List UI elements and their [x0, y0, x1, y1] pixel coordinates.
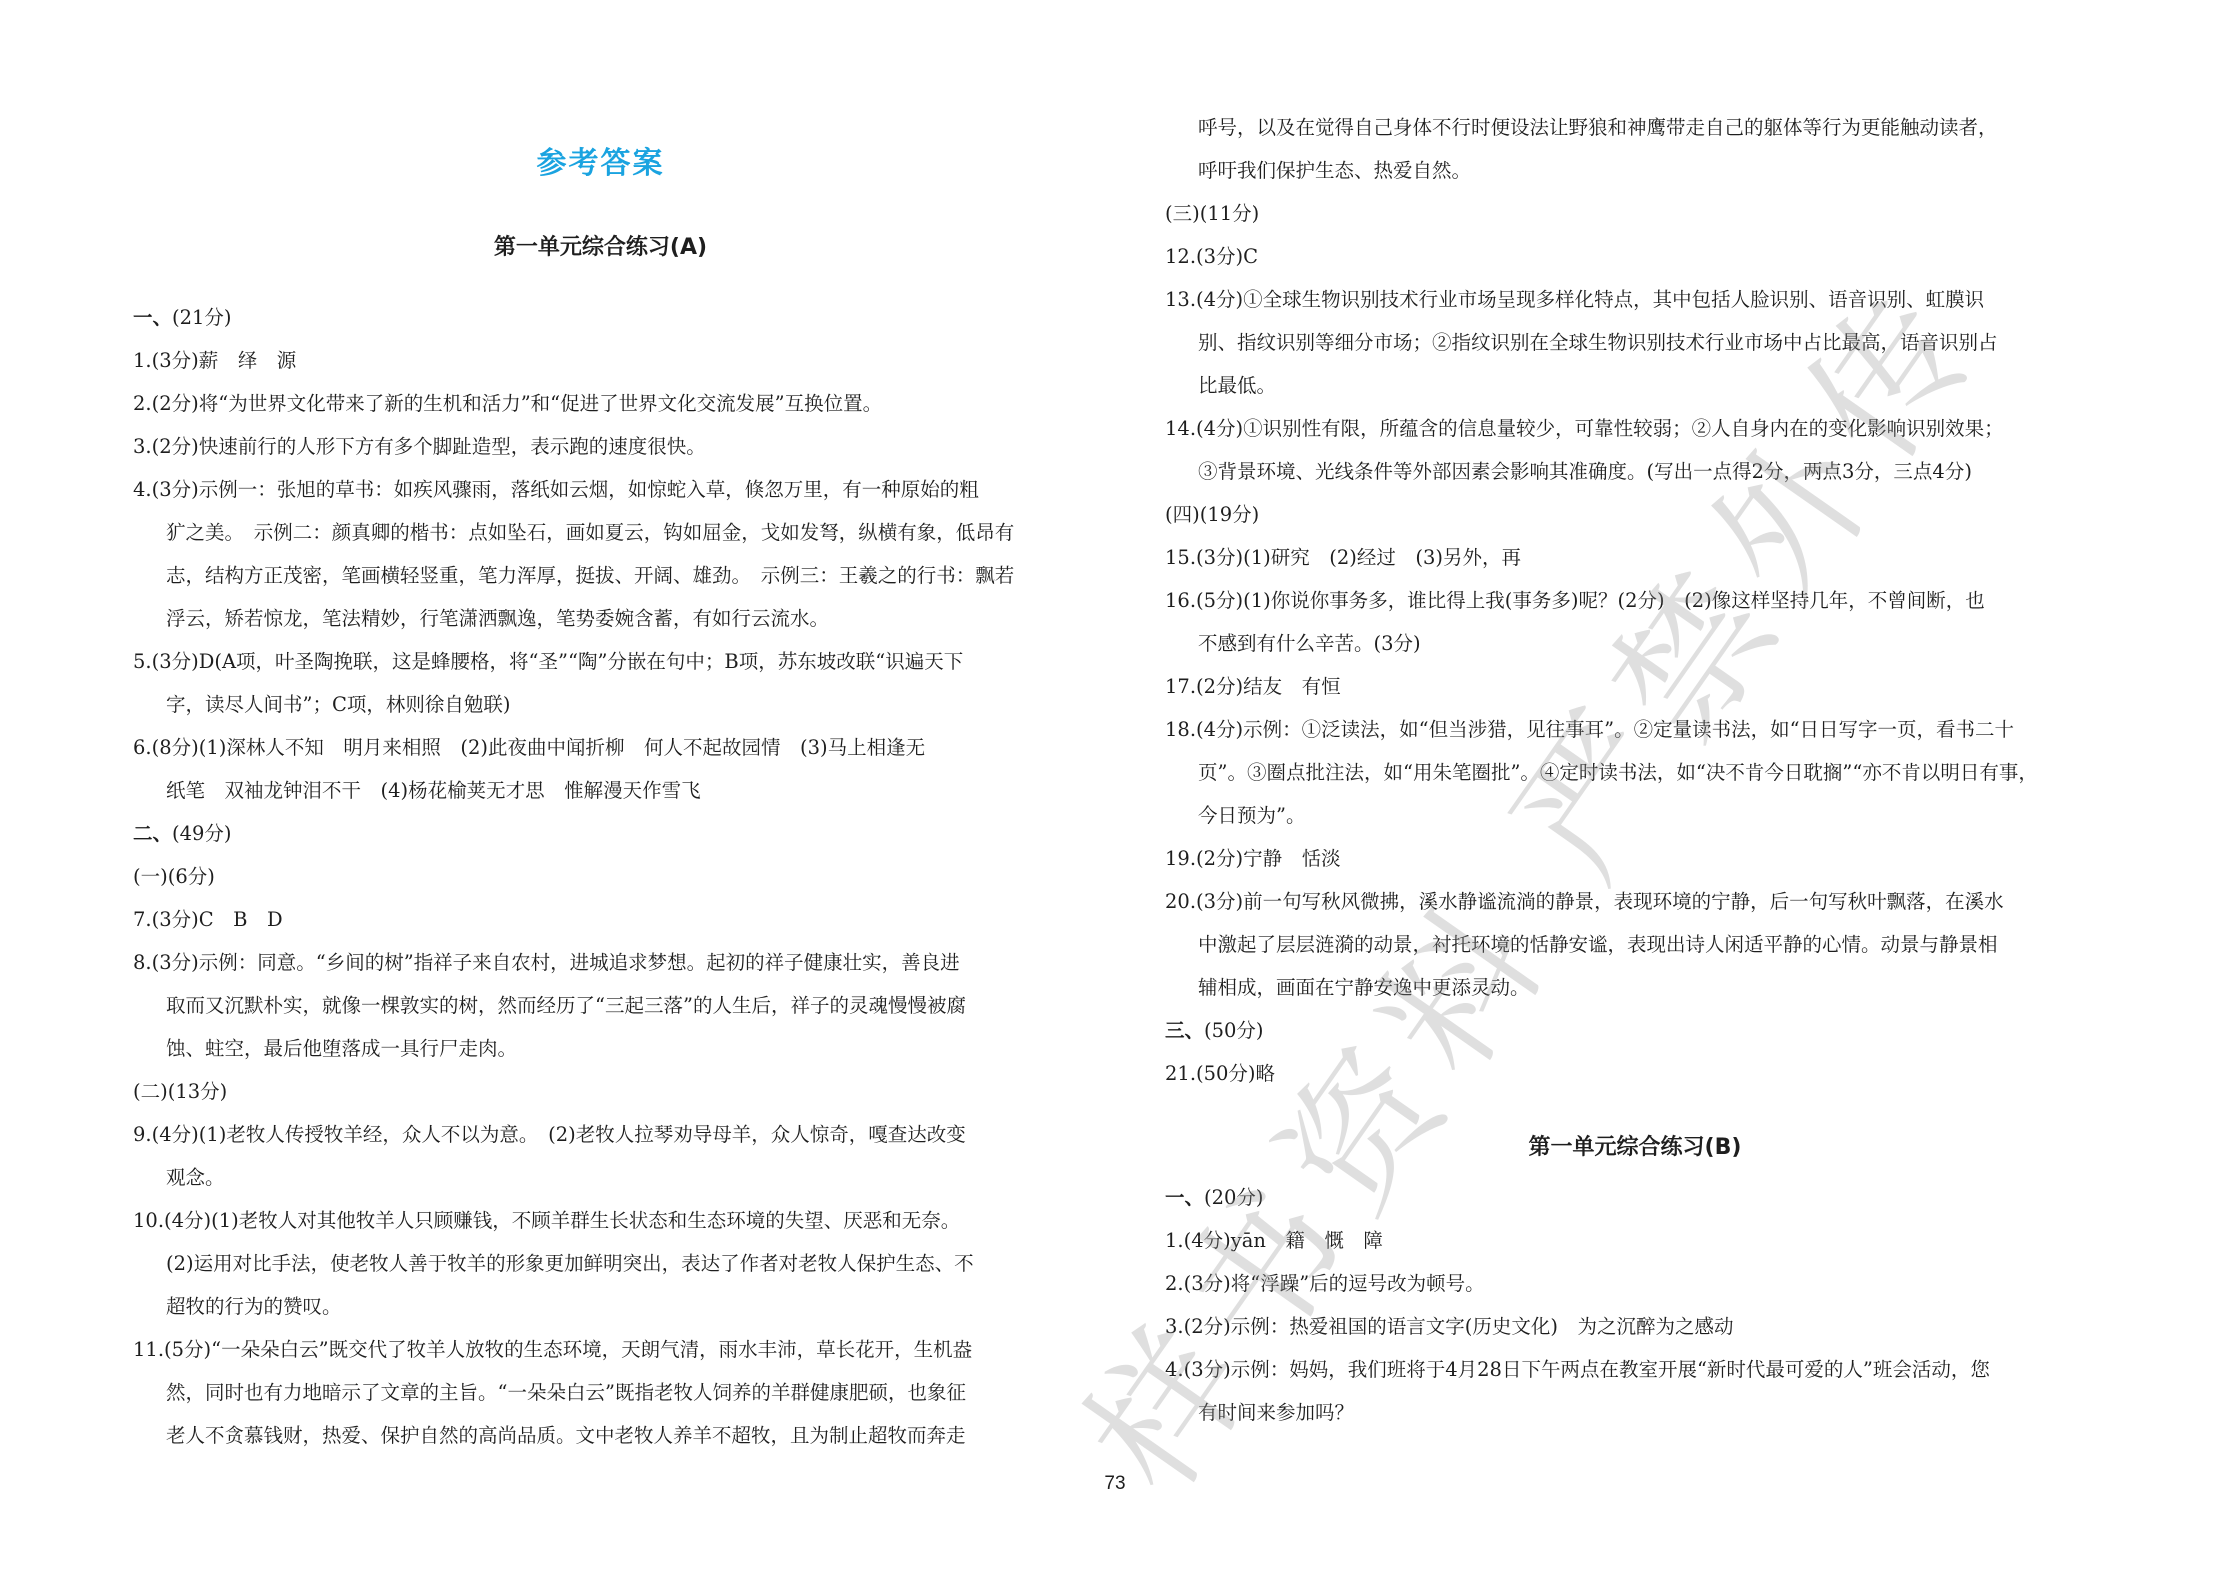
answer-line: 4.(3分)示例：妈妈，我们班将于4月28日下午两点在教室开展“新时代最可爱的人…	[1165, 1356, 1990, 1384]
answer-line: (二)(13分)	[133, 1078, 227, 1106]
answer-line: (一)(6分)	[133, 863, 215, 891]
answer-continuation: 取而又沉默朴实，就像一棵敦实的树，然而经历了“三起三落”的人生后，祥子的灵魂慢慢…	[133, 992, 966, 1020]
section-score: (49分)	[172, 822, 232, 845]
section-label: 一、(21分)	[133, 304, 232, 332]
answer-continuation: 志，结构方正茂密，笔画横轻竖重，笔力浑厚，挺拔、开阔、雄劲。 示例三：王羲之的行…	[133, 562, 1014, 590]
section-number: 一、	[1165, 1186, 1204, 1209]
answer-line: 5.(3分)D(A项，叶圣陶挽联，这是蜂腰格，将“圣”“陶”分嵌在句中；B项，苏…	[133, 648, 963, 676]
answer-continuation: 中激起了层层涟漪的动景，衬托环境的恬静安谧，表现出诗人闲适平静的心情。动景与静景…	[1165, 931, 1998, 959]
answer-line: 17.(2分)结友 有恒	[1165, 673, 1341, 701]
section-label: 二、(49分)	[133, 820, 232, 848]
answer-continuation: 观念。	[133, 1164, 225, 1192]
answer-continuation: (2)运用对比手法，使老牧人善于牧羊的形象更加鲜明突出，表达了作者对老牧人保护生…	[133, 1250, 974, 1278]
answer-line: 9.(4分)(1)老牧人传授牧羊经，众人不以为意。 (2)老牧人拉琴劝导母羊，众…	[133, 1121, 966, 1149]
answer-line: 3.(2分)示例：热爱祖国的语言文字(历史文化) 为之沉醉为之感动	[1165, 1313, 1733, 1341]
answer-line: 10.(4分)(1)老牧人对其他牧羊人只顾赚钱，不顾羊群生长状态和生态环境的失望…	[133, 1207, 960, 1235]
page-number: 73	[1095, 1473, 1135, 1495]
answer-continuation: 有时间来参加吗？	[1165, 1399, 1354, 1427]
page-title: 参考答案	[133, 138, 1068, 182]
answer-continuation: 纸笔 双袖龙钟泪不干 (4)杨花榆荚无才思 惟解漫天作雪飞	[133, 777, 701, 805]
answer-continuation: 然，同时也有力地暗示了文章的主旨。“一朵朵白云”既指老牧人饲养的羊群健康肥硕，也…	[133, 1379, 966, 1407]
answer-line: 3.(2分)快速前行的人形下方有多个脚趾造型，表示跑的速度很快。	[133, 433, 706, 461]
answer-line: 18.(4分)示例：①泛读法，如“但当涉猎，见往事耳”。②定量读书法，如“日日写…	[1165, 716, 2014, 744]
answer-line: 7.(3分)C B D	[133, 906, 283, 934]
answer-continuation: 字，读尽人间书”；C项，林则徐自勉联)	[133, 691, 511, 719]
answer-line: 12.(3分)C	[1165, 243, 1258, 271]
section-number: 三、	[1165, 1019, 1204, 1042]
section-number: 二、	[133, 822, 172, 845]
answer-line: (四)(19分)	[1165, 501, 1259, 529]
answer-line: 8.(3分)示例：同意。“乡间的树”指祥子来自农村，进城追求梦想。起初的祥子健康…	[133, 949, 960, 977]
answer-line: 13.(4分)①全球生物识别技术行业市场呈现多样化特点，其中包括人脸识别、语音识…	[1165, 286, 1984, 314]
section-score: (20分)	[1204, 1186, 1264, 1209]
section-score: (21分)	[172, 306, 232, 329]
answer-continuation: 别、指纹识别等细分市场；②指纹识别在全球生物识别技术行业市场中占比最高，语音识别…	[1165, 329, 1998, 357]
answer-continuation: 浮云，矫若惊龙，笔法精妙，行笔潇洒飘逸，笔势委婉含蓄，有如行云流水。	[133, 605, 829, 633]
answer-continuation: 蚀、蛀空，最后他堕落成一具行尸走肉。	[133, 1035, 517, 1063]
answer-line: 2.(2分)将“为世界文化带来了新的生机和活力”和“促进了世界文化交流发展”互换…	[133, 390, 882, 418]
section-score: (50分)	[1204, 1019, 1264, 1042]
section-label: 三、(50分)	[1165, 1017, 1264, 1045]
answer-line: 2.(3分)将“浮躁”后的逗号改为顿号。	[1165, 1270, 1485, 1298]
answer-continuation: 犷之美。 示例二：颜真卿的楷书：点如坠石，画如夏云，钩如屈金，戈如发弩，纵横有象…	[133, 519, 1014, 547]
answer-line: 6.(8分)(1)深林人不知 明月来相照 (2)此夜曲中闻折柳 何人不起故园情 …	[133, 734, 925, 762]
answer-line: 16.(5分)(1)你说你事务多，谁比得上我(事务多)呢？(2分) (2)像这样…	[1165, 587, 1985, 615]
answer-continuation: 今日预为”。	[1165, 802, 1305, 830]
answer-continuation: 呼号，以及在觉得自己身体不行时便设法让野狼和神鹰带走自己的躯体等行为更能触动读者…	[1165, 114, 1998, 142]
answer-line: 14.(4分)①识别性有限，所蕴含的信息量较少，可靠性较弱；②人自身内在的变化影…	[1165, 415, 2004, 443]
answer-line: 20.(3分)前一句写秋风微拂，溪水静谧流淌的静景，表现环境的宁静，后一句写秋叶…	[1165, 888, 2004, 916]
section-heading-a: 第一单元综合练习(A)	[133, 230, 1068, 261]
answer-continuation: 不感到有什么辛苦。(3分)	[1165, 630, 1421, 658]
answer-continuation: 辅相成，画面在宁静安逸中更添灵动。	[1165, 974, 1530, 1002]
answer-line: 1.(4分)yān 籍 慨 障	[1165, 1227, 1383, 1255]
answer-line: 19.(2分)宁静 恬淡	[1165, 845, 1341, 873]
answer-line: (三)(11分)	[1165, 200, 1259, 228]
answer-line: 11.(5分)“一朵朵白云”既交代了牧羊人放牧的生态环境，天朗气清，雨水丰沛，草…	[133, 1336, 972, 1364]
section-heading-b: 第一单元综合练习(B)	[1165, 1130, 2105, 1161]
answer-line: 1.(3分)薪 绎 源	[133, 347, 296, 375]
answer-line: 4.(3分)示例一：张旭的草书：如疾风骤雨，落纸如云烟，如惊蛇入草，倏忽万里，有…	[133, 476, 979, 504]
answer-line: 21.(50分)略	[1165, 1060, 1275, 1088]
answer-continuation: 超牧的行为的赞叹。	[133, 1293, 342, 1321]
answer-continuation: 页”。③圈点批注法，如“用朱笔圈批”。④定时读书法，如“决不肯今日耽搁”“亦不肯…	[1165, 759, 2038, 787]
answer-continuation: ③背景环境、光线条件等外部因素会影响其准确度。(写出一点得2分，两点3分，三点4…	[1165, 458, 1972, 486]
answer-continuation: 呼吁我们保护生态、热爱自然。	[1165, 157, 1471, 185]
section-number: 一、	[133, 306, 172, 329]
answer-key-page: 参考答案 第一单元综合练习(A) 第一单元综合练习(B) 一、(21分)1.(3…	[0, 0, 2220, 1571]
section-label: 一、(20分)	[1165, 1184, 1264, 1212]
answer-continuation: 比最低。	[1165, 372, 1276, 400]
answer-line: 15.(3分)(1)研究 (2)经过 (3)另外，再	[1165, 544, 1521, 572]
answer-continuation: 老人不贪慕钱财，热爱、保护自然的高尚品质。文中老牧人养羊不超牧，且为制止超牧而奔…	[133, 1422, 966, 1450]
